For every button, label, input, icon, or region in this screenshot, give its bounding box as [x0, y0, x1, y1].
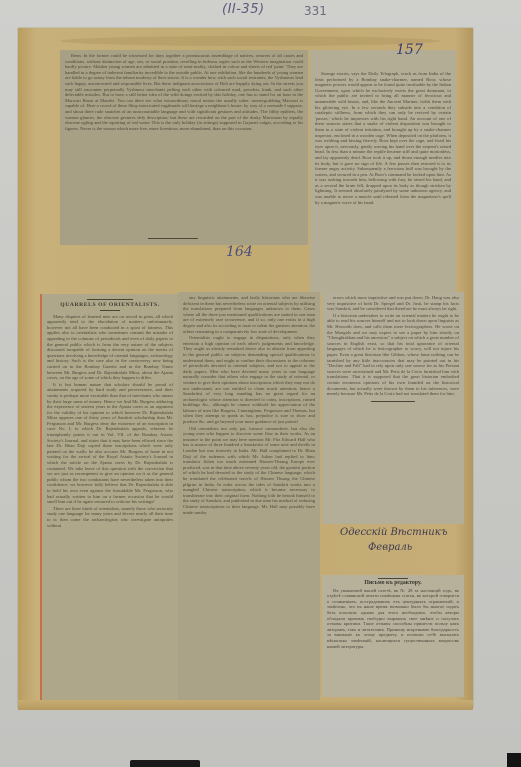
- handwritten-source-name: Одесскій Вѣстникъ: [340, 525, 447, 540]
- scan-corner: [507, 753, 521, 767]
- paper-stain: [60, 36, 440, 46]
- paragraph: It is but human nature that scholars sho…: [47, 382, 173, 505]
- russian-heading: Письмо къ редактору.: [327, 581, 459, 587]
- paragraph: Many disputes of learned men are on reco…: [47, 314, 173, 381]
- clipping-holi-festival: Benn. In the former could be witnessed f…: [60, 50, 308, 245]
- divider-rule: [87, 299, 133, 300]
- russian-letter-clipping: Письмо къ редактору. Въ уважаемой вашей …: [322, 575, 464, 697]
- handwritten-month: Февраль: [340, 540, 447, 555]
- clipping-snake-charmer: Strange stories, says the Daily Telegrap…: [310, 50, 456, 295]
- paragraph: any linguistic attainments, and lastly h…: [183, 295, 315, 334]
- handwritten-page-number: 157: [396, 42, 423, 58]
- article-column-2: any linguistic attainments, and lastly h…: [178, 292, 320, 700]
- clipping-text: Benn. In the former could be witnessed f…: [65, 53, 303, 131]
- paragraph: Въ уважаемой вашей газетѣ, въ № 28 за на…: [327, 588, 459, 650]
- divider-rule: [148, 238, 198, 239]
- paragraph: If a historian undertakes to write on or…: [327, 313, 459, 397]
- article-column-3: errors which more inquisitive and was pu…: [322, 292, 464, 524]
- divider-rule: [378, 578, 408, 579]
- divider-rule: [100, 310, 120, 311]
- paragraph: Old orientalists not only pat, furnace c…: [183, 426, 315, 516]
- mount-tape: [130, 760, 200, 767]
- paragraph: Orientalists ought to engage in disputat…: [183, 335, 315, 425]
- handwritten-page-number: 164: [226, 244, 253, 260]
- divider-rule: [371, 401, 415, 402]
- archive-folio-number: 331: [304, 4, 327, 18]
- paragraph: errors which more inquisitive and was pu…: [327, 295, 459, 312]
- paragraph: There are three kinds of orientalists, n…: [47, 506, 173, 528]
- handwritten-russian-note: Одесскій Вѣстникъ Февраль: [340, 525, 447, 555]
- page-bottom-edge: [18, 700, 473, 710]
- clipping-text: Strange stories, says the Daily Telegrap…: [315, 71, 451, 205]
- article-column-1: QUARRELS OF ORIENTALISTS. Many disputes …: [40, 294, 178, 702]
- article-heading: QUARRELS OF ORIENTALISTS.: [47, 303, 173, 309]
- archive-reference-mark: (II-35): [222, 2, 265, 17]
